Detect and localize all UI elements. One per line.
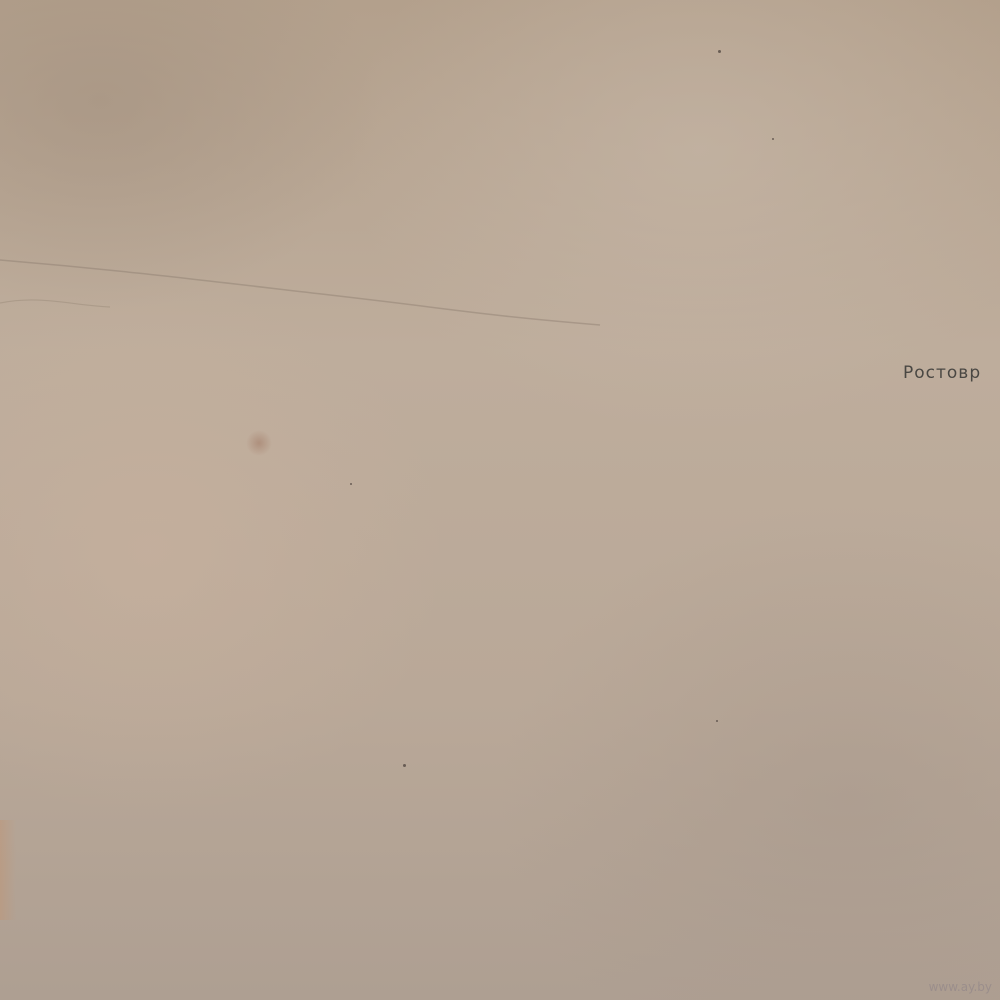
speck xyxy=(718,50,721,53)
edge-stain xyxy=(0,820,16,920)
partial-printed-text: Ростовр xyxy=(903,363,981,383)
watermark: www.ay.by xyxy=(929,980,992,994)
speck xyxy=(350,483,352,485)
paper-background xyxy=(0,0,1000,1000)
speck xyxy=(403,764,406,767)
speck xyxy=(716,720,718,722)
stain-spot xyxy=(246,430,272,456)
speck xyxy=(772,138,774,140)
